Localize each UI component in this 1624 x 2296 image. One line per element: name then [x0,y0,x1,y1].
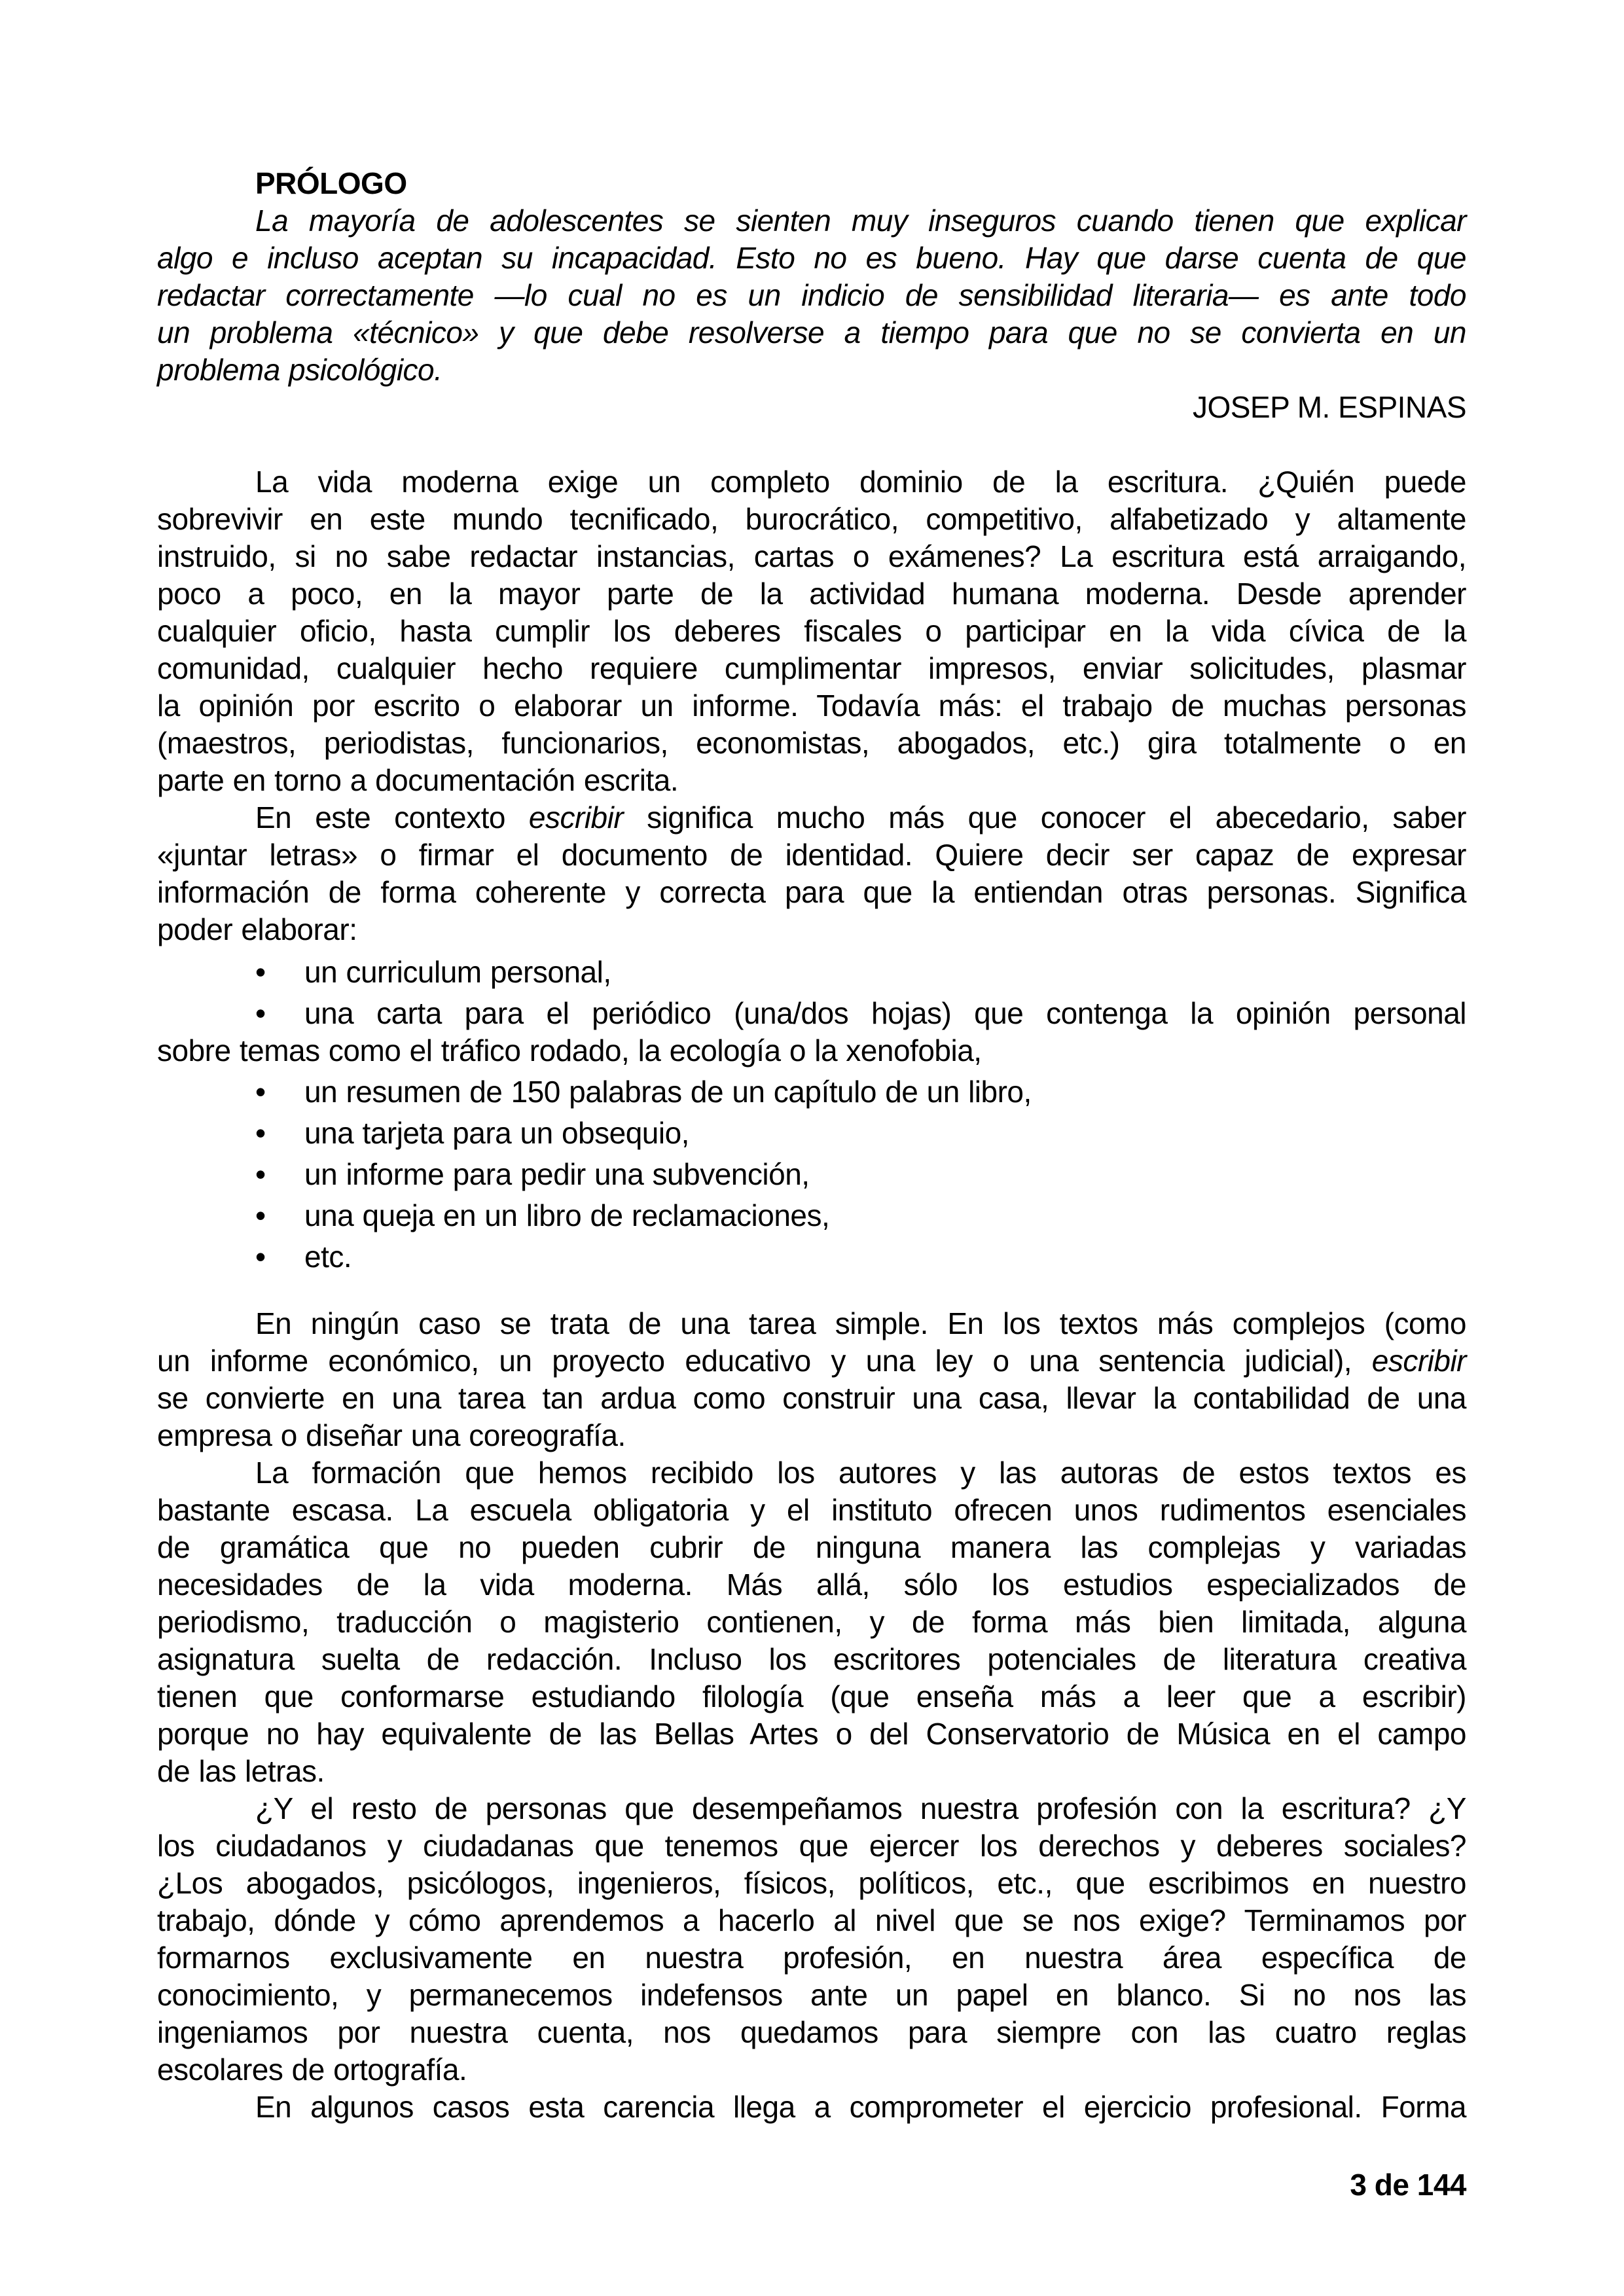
text-line: escolares de ortografía. [157,2051,1466,2089]
text-line: En ningún caso se trata de una tarea sim… [157,1305,1466,1342]
bullet-icon: • [255,1238,304,1276]
paragraph-5: ¿Y el resto de personas que desempeñamos… [157,1790,1466,2089]
text-line: periodismo, traducción o magisterio cont… [157,1604,1466,1641]
text-line: ¿Y el resto de personas que desempeñamos… [157,1790,1466,1827]
text-line: La mayoría de adolescentes se sienten mu… [157,202,1466,240]
text-line: de las letras. [157,1753,1466,1790]
bullet-item: •una queja en un libro de reclamaciones, [157,1197,1466,1234]
text-line: los ciudadanos y ciudadanas que tenemos … [157,1827,1466,1865]
text-line: La vida moderna exige un completo domini… [157,463,1466,501]
text-line: (maestros, periodistas, funcionarios, ec… [157,725,1466,762]
paragraph-4: La formación que hemos recibido los auto… [157,1454,1466,1790]
text-line: «juntar letras» o firmar el documento de… [157,836,1466,874]
paragraph-6: En algunos casos esta carencia llega a c… [157,2089,1466,2126]
bullet-item-label: una tarjeta para un obsequio, [304,1116,689,1150]
bullet-item: •una carta para el periódico (una/dos ho… [157,995,1466,1032]
text-line: sobre temas como el tráfico rodado, la e… [157,1032,1466,1069]
bullet-item: •un curriculum personal, [157,954,1466,991]
bullet-item: •un resumen de 150 palabras de un capítu… [157,1073,1466,1111]
text-line: porque no hay equivalente de las Bellas … [157,1715,1466,1753]
text-line: ingeniamos por nuestra cuenta, nos queda… [157,2014,1466,2051]
document-page: PRÓLOGO La mayoría de adolescentes se si… [0,0,1624,2296]
text-line: empresa o diseñar una coreografía. [157,1417,1466,1454]
bullet-item: •una tarjeta para un obsequio, [157,1115,1466,1152]
text-line: necesidades de la vida moderna. Más allá… [157,1566,1466,1604]
paragraph-3: En ningún caso se trata de una tarea sim… [157,1305,1466,1454]
bullet-item-label: una queja en un libro de reclamaciones, [304,1198,829,1232]
text-line: ¿Los abogados, psicólogos, ingenieros, f… [157,1865,1466,1902]
bullet-icon: • [255,995,304,1032]
text-line: se convierte en una tarea tan ardua como… [157,1380,1466,1417]
bullet-item: •etc. [157,1238,1466,1276]
text-line: cualquier oficio, hasta cumplir los debe… [157,613,1466,650]
page-title: PRÓLOGO [157,165,1466,202]
bullet-item-label: un resumen de 150 palabras de un capítul… [304,1075,1032,1109]
bullet-icon: • [255,1073,304,1111]
text-line: conocimiento, y permanecemos indefensos … [157,1977,1466,2014]
text-line: de gramática que no pueden cubrir de nin… [157,1529,1466,1566]
text-line: En algunos casos esta carencia llega a c… [157,2089,1466,2126]
text-line: La formación que hemos recibido los auto… [157,1454,1466,1492]
text-line: problema psicológico. [157,351,1466,389]
text-line: información de forma coherente y correct… [157,874,1466,911]
quote-paragraph: La mayoría de adolescentes se sienten mu… [157,202,1466,389]
bullet-item-label: una carta para el periódico (una/dos hoj… [304,996,1466,1030]
text-line: la opinión por escrito o elaborar un inf… [157,687,1466,725]
text-line: redactar correctamente —lo cual no es un… [157,277,1466,314]
spacer [157,1276,1466,1305]
bullet-icon: • [255,954,304,991]
bullet-item-label: etc. [304,1240,352,1274]
bullet-icon: • [255,1115,304,1152]
paragraph-2: En este contexto escribir significa much… [157,799,1466,948]
bullet-list: •un curriculum personal,•una carta para … [157,954,1466,1276]
document-content: PRÓLOGO La mayoría de adolescentes se si… [157,165,1466,2126]
text-line: poco a poco, en la mayor parte de la act… [157,575,1466,613]
author-line: JOSEP M. ESPINAS [157,389,1466,426]
text-line: bastante escasa. La escuela obligatoria … [157,1492,1466,1529]
text-line: un informe económico, un proyecto educat… [157,1342,1466,1380]
text-line: instruido, si no sabe redactar instancia… [157,538,1466,575]
text-line: sobrevivir en este mundo tecnificado, bu… [157,501,1466,538]
bullet-item-label: un curriculum personal, [304,955,611,989]
text-line: comunidad, cualquier hecho requiere cump… [157,650,1466,687]
bullet-icon: • [255,1197,304,1234]
text-line: asignatura suelta de redacción. Incluso … [157,1641,1466,1678]
text-line: formarnos exclusivamente en nuestra prof… [157,1939,1466,1977]
text-line: un problema «técnico» y que debe resolve… [157,314,1466,351]
paragraph-1: La vida moderna exige un completo domini… [157,463,1466,799]
spacer [157,426,1466,463]
bullet-icon: • [255,1156,304,1193]
text-line: algo e incluso aceptan su incapacidad. E… [157,240,1466,277]
bullet-item-label: un informe para pedir una subvención, [304,1157,810,1191]
page-number: 3 de 144 [1350,2166,1466,2204]
text-line: trabajo, dónde y cómo aprendemos a hacer… [157,1902,1466,1939]
text-line: poder elaborar: [157,911,1466,948]
text-line: tienen que conformarse estudiando filolo… [157,1678,1466,1715]
text-line: parte en torno a documentación escrita. [157,762,1466,799]
text-line: En este contexto escribir significa much… [157,799,1466,836]
bullet-item: •un informe para pedir una subvención, [157,1156,1466,1193]
